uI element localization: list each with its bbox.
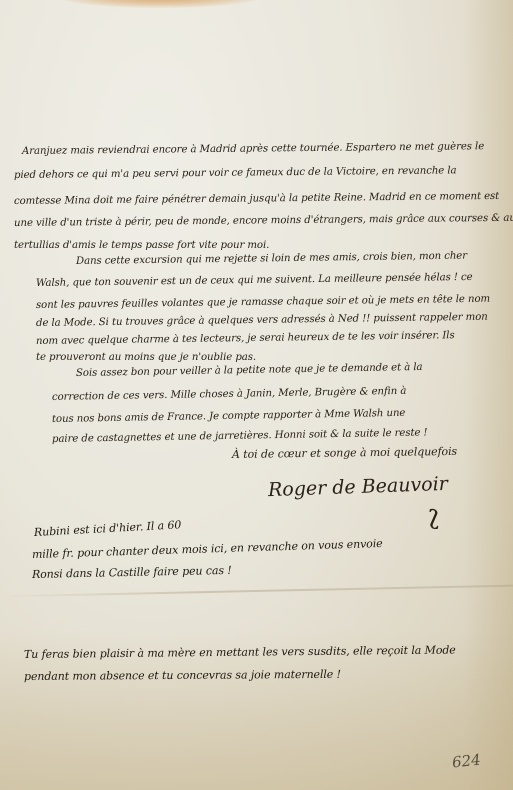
signature: Roger de Beauvoir [268,473,448,501]
letter-page: Aranjuez mais reviendrai encore à Madrid… [0,0,513,790]
letter-line: nom avec quelque charme à tes lecteurs, … [36,330,455,347]
letter-line: comtesse Mina doit me faire pénétrer dem… [14,191,499,207]
letter-line: Aranjuez mais reviendrai encore à Madrid… [22,141,484,157]
letter-line: paire de castagnettes et une de jarretiè… [52,427,428,445]
paper-fold-line [0,585,513,598]
postscript-line: Ronsi dans la Castille faire peu cas ! [32,564,232,581]
letter-line: te prouveront au moins que je n'oublie p… [36,352,256,363]
letter-line: une ville d'un triste à périr, peu de mo… [14,213,513,229]
letter-line: de la Mode. Si tu trouves grâce à quelqu… [36,312,488,329]
postscript-line: Rubini est ici d'hier. Il a 60 [34,518,182,539]
letter-line: Walsh, que ton souvenir est un de ceux q… [36,272,473,289]
letter-line: tous nos bons amis de France. Je compte … [52,408,405,425]
closing-line: À toi de cœur et songe à moi quelquefois [232,445,457,461]
folio-number: 624 [451,751,481,772]
paper-stain-top [60,0,260,8]
signature-flourish: ʅ [425,499,443,531]
letter-line: pied dehors ce qui m'a peu servi pour vo… [14,165,457,181]
letter-line: Dans cette excursion qui me rejette si l… [76,251,467,267]
postscript-line: pendant mon absence et tu concevras sa j… [24,668,341,683]
letter-line: Sois assez bon pour veiller à la petite … [76,362,423,379]
postscript-line: mille fr. pour chanter deux mois ici, en… [32,537,383,561]
letter-line: sont les pauvres feuilles volantes que j… [36,294,490,311]
letter-line: correction de ces vers. Mille choses à J… [52,386,407,403]
letter-line: tertullias d'amis le temps passe fort vi… [14,240,269,251]
